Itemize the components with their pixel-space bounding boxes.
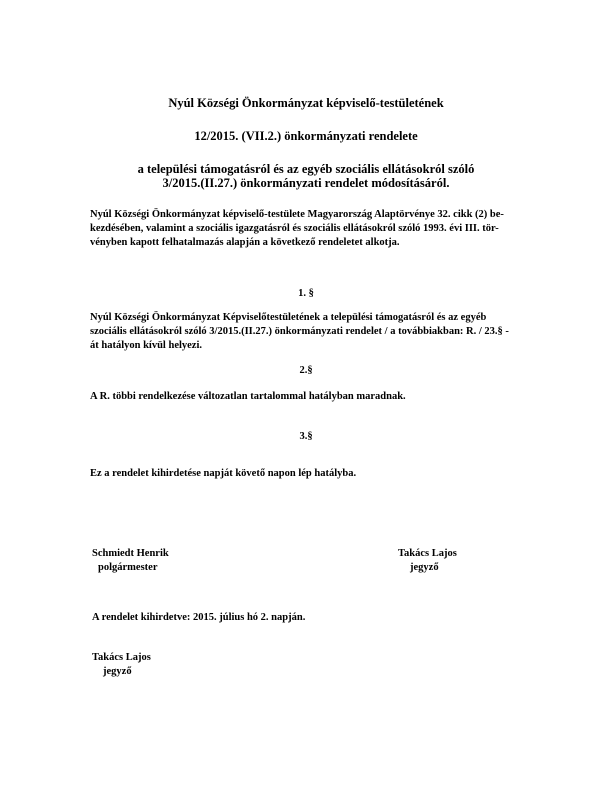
preamble-line: Nyúl Községi Önkormányzat képviselő-test…: [90, 208, 504, 221]
section-2-text: A R. többi rendelkezése változatlan tart…: [90, 390, 406, 403]
heading-subject-line2: 3/2015.(II.27.) önkormányzati rendelet m…: [0, 177, 612, 190]
heading-council: Nyúl Községi Önkormányzat képviselő-test…: [0, 97, 612, 110]
section-3-title: 3.§: [0, 430, 612, 443]
promulgation-date: A rendelet kihirdetve: 2015. július hó 2…: [92, 611, 305, 624]
section-1-text: át hatályon kívül helyezi.: [90, 339, 202, 352]
section-1-text: szociális ellátásokról szóló 3/2015.(II.…: [90, 325, 509, 338]
heading-subject-line1: a települési támogatásról és az egyéb sz…: [0, 163, 612, 176]
section-1-text: Nyúl Községi Önkormányzat Képviselőtestü…: [90, 311, 486, 324]
preamble-line: vényben kapott felhatalmazás alapján a k…: [90, 236, 400, 249]
signature-right-role: jegyző: [410, 561, 439, 574]
signature-left-name: Schmiedt Henrik: [92, 547, 169, 560]
section-2-title: 2.§: [0, 364, 612, 377]
signature-left-role: polgármester: [98, 561, 157, 574]
heading-decree-number: 12/2015. (VII.2.) önkormányzati rendelet…: [0, 130, 612, 143]
signature-right-name: Takács Lajos: [398, 547, 457, 560]
final-signature-role: jegyző: [103, 665, 132, 678]
section-1-title: 1. §: [0, 287, 612, 300]
preamble-line: kezdésében, valamint a szociális igazgat…: [90, 222, 499, 235]
final-signature-name: Takács Lajos: [92, 651, 151, 664]
section-3-text: Ez a rendelet kihirdetése napját követő …: [90, 467, 356, 480]
